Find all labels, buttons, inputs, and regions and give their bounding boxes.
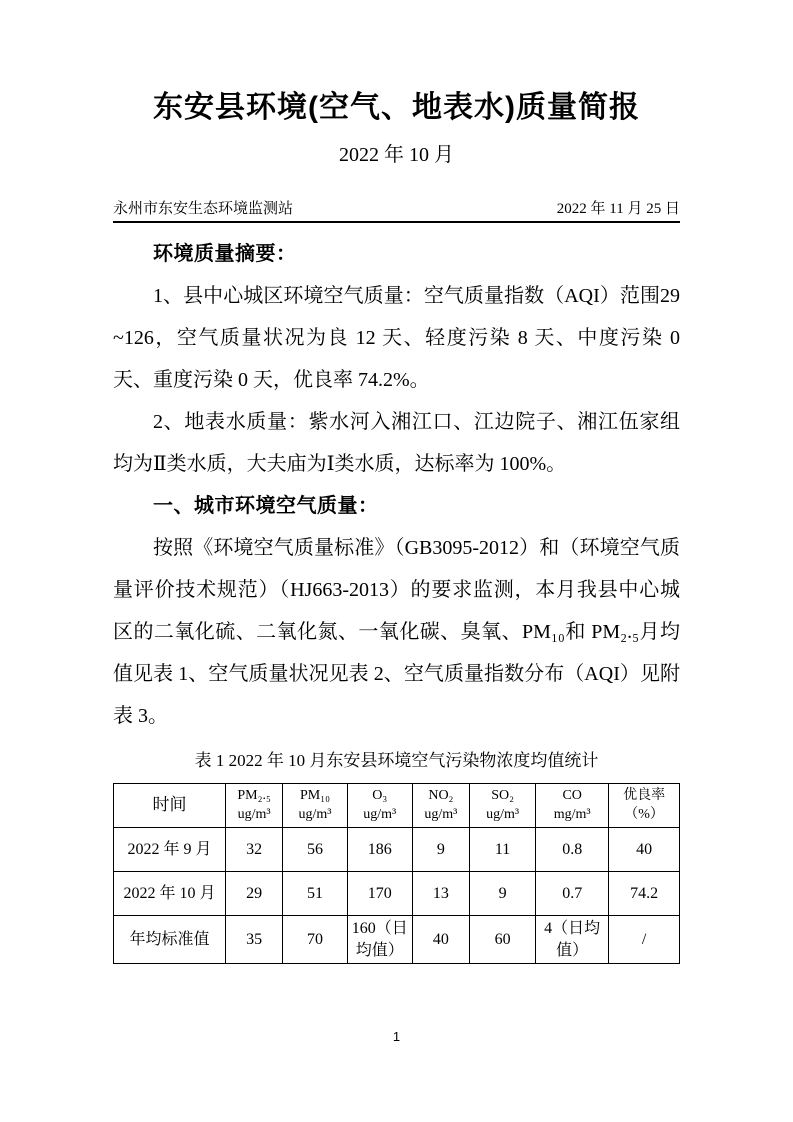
header-cell-rate: 优良率 （%） bbox=[609, 783, 680, 827]
table-cell: / bbox=[609, 915, 680, 963]
table-cell: 60 bbox=[469, 915, 535, 963]
doc-title: 东安县环境(空气、地表水)质量简报 bbox=[113, 88, 680, 127]
table-cell: 51 bbox=[283, 871, 348, 915]
page-number: 1 bbox=[0, 1029, 793, 1044]
section-heading-air-quality: 一、城市环境空气质量： bbox=[113, 485, 680, 527]
table-cell: 170 bbox=[347, 871, 412, 915]
doc-subtitle: 2022 年 10 月 bbox=[113, 141, 680, 169]
report-date: 2022 年 11 月 25 日 bbox=[557, 197, 680, 218]
table-cell: 74.2 bbox=[609, 871, 680, 915]
summary-item-water: 2、地表水质量：紫水河入湘江口、江边院子、湘江伍家组均为Ⅱ类水质，大夫庙为Ⅰ类水… bbox=[113, 401, 680, 485]
header-cell-time: 时间 bbox=[114, 783, 226, 827]
table1-caption: 表 1 2022 年 10 月东安县环境空气污染物浓度均值统计 bbox=[113, 749, 680, 773]
table-cell: 70 bbox=[283, 915, 348, 963]
table-cell: 4（日均值） bbox=[536, 915, 609, 963]
table-row-oct: 2022 年 10 月 29 51 170 13 9 0.7 74.2 bbox=[114, 871, 680, 915]
header-cell-no2: NO₂ ug/m³ bbox=[412, 783, 469, 827]
table-cell: 56 bbox=[283, 827, 348, 871]
agency-name: 永州市东安生态环境监测站 bbox=[113, 197, 293, 218]
table-cell: 35 bbox=[226, 915, 283, 963]
table-cell: 9 bbox=[412, 827, 469, 871]
header-cell-co: CO mg/m³ bbox=[536, 783, 609, 827]
table-cell: 2022 年 10 月 bbox=[114, 871, 226, 915]
table-cell: 160（日均值） bbox=[347, 915, 412, 963]
table-cell: 186 bbox=[347, 827, 412, 871]
summary-heading: 环境质量摘要： bbox=[113, 233, 680, 275]
table-cell: 2022 年 9 月 bbox=[114, 827, 226, 871]
header-cell-so2: SO₂ ug/m³ bbox=[469, 783, 535, 827]
header-row: 永州市东安生态环境监测站 2022 年 11 月 25 日 bbox=[113, 197, 680, 223]
table-cell: 40 bbox=[609, 827, 680, 871]
table-cell: 0.7 bbox=[536, 871, 609, 915]
header-cell-o3: O₃ ug/m³ bbox=[347, 783, 412, 827]
table-cell: 0.8 bbox=[536, 827, 609, 871]
table-cell: 40 bbox=[412, 915, 469, 963]
document-body: 环境质量摘要： 1、县中心城区环境空气质量：空气质量指数（AQI）范围29~12… bbox=[113, 233, 680, 737]
table-cell: 年均标准值 bbox=[114, 915, 226, 963]
table-cell: 29 bbox=[226, 871, 283, 915]
table-row-sep: 2022 年 9 月 32 56 186 9 11 0.8 40 bbox=[114, 827, 680, 871]
header-cell-pm10: PM₁₀ ug/m³ bbox=[283, 783, 348, 827]
table-cell: 9 bbox=[469, 871, 535, 915]
summary-item-air: 1、县中心城区环境空气质量：空气质量指数（AQI）范围29~126，空气质量状况… bbox=[113, 275, 680, 401]
table-cell: 13 bbox=[412, 871, 469, 915]
table-row-standard: 年均标准值 35 70 160（日均值） 40 60 4（日均值） / bbox=[114, 915, 680, 963]
pollutant-concentration-table: 时间 PM₂.₅ ug/m³ PM₁₀ ug/m³ O₃ ug/m³ NO₂ u… bbox=[113, 783, 680, 964]
table-cell: 11 bbox=[469, 827, 535, 871]
table-cell: 32 bbox=[226, 827, 283, 871]
document-page: 东安县环境(空气、地表水)质量简报 2022 年 10 月 永州市东安生态环境监… bbox=[0, 0, 793, 1122]
header-cell-pm25: PM₂.₅ ug/m³ bbox=[226, 783, 283, 827]
air-quality-paragraph: 按照《环境空气质量标准》（GB3095-2012）和（环境空气质量评价技术规范）… bbox=[113, 527, 680, 737]
table-header-row: 时间 PM₂.₅ ug/m³ PM₁₀ ug/m³ O₃ ug/m³ NO₂ u… bbox=[114, 783, 680, 827]
